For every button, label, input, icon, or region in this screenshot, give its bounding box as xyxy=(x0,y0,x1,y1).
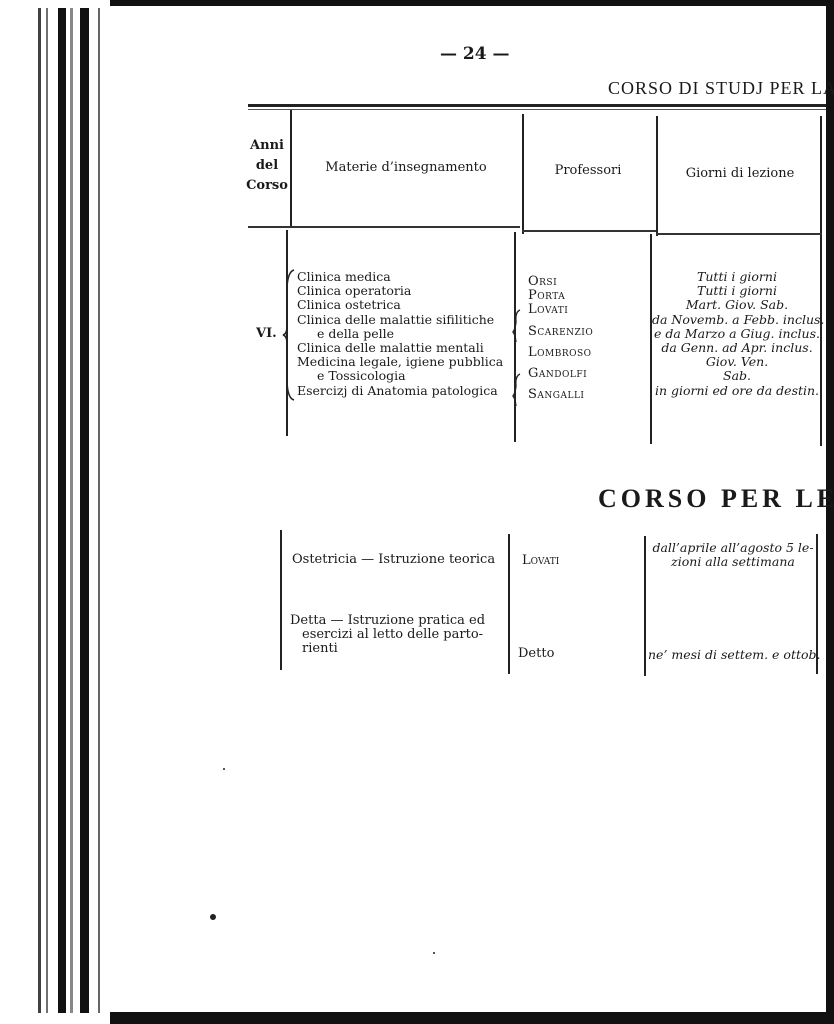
professor-name: Gandolfi xyxy=(528,366,587,381)
column-divider xyxy=(508,534,510,674)
brace-icon xyxy=(512,308,522,408)
column-divider xyxy=(280,530,282,670)
professor-name: Lovati xyxy=(528,302,568,317)
subject-item-continuation: e della pelle xyxy=(297,327,503,341)
lecture-days-item: Mart. Giov. Sab. xyxy=(652,298,822,312)
course-professor: Detto xyxy=(518,647,554,661)
lecture-days-item: da Novemb. a Febb. inclus. xyxy=(652,313,822,327)
lecture-days-item: Tutti i giorni xyxy=(652,284,822,298)
course-days: dall’aprile all’agosto 5 le- zioni alla … xyxy=(648,541,818,569)
professor-name: Scarenzio xyxy=(528,324,593,339)
professor-name: Lombroso xyxy=(528,345,592,360)
course-professor: Lovati xyxy=(522,554,559,568)
subject-item: Clinica medica xyxy=(297,270,503,284)
course-days-line: dall’aprile all’agosto 5 le- xyxy=(648,541,818,555)
header-rule xyxy=(248,104,826,107)
page-edge xyxy=(98,8,100,1013)
course-days-line: zioni alla settimana xyxy=(648,555,818,569)
subjects-list: Clinica medica Clinica operatoria Clinic… xyxy=(297,270,503,398)
header-professori: Professori xyxy=(524,161,652,181)
course-subject-line: Detta — Istruzione pratica ed xyxy=(290,614,485,628)
lecture-days-item: Tutti i giorni xyxy=(652,270,822,284)
section-title: CORSO PER LE xyxy=(598,484,834,514)
subject-item: Clinica delle malattie sifilitiche xyxy=(297,313,503,327)
ink-speck xyxy=(210,914,216,920)
binding-shadow xyxy=(46,8,48,1013)
brace-icon xyxy=(282,268,296,402)
header-anni-line: Corso xyxy=(246,176,288,196)
header-anni-line: Anni xyxy=(246,136,288,156)
running-head: CORSO DI STUDJ PER LA xyxy=(608,78,834,99)
subject-item: Esercizj di Anatomia patologica xyxy=(297,384,503,398)
column-divider xyxy=(290,110,292,228)
year-label: VI. xyxy=(256,326,277,341)
subject-item: Medicina legale, igiene pubblica xyxy=(297,355,503,369)
scan-bottom-border xyxy=(40,1012,834,1024)
course-days: ne’ mesi di settem. e ottob. xyxy=(648,648,821,662)
book-gutter xyxy=(0,0,110,1024)
professor-name: Sangalli xyxy=(528,387,584,402)
professor-name: Porta xyxy=(528,288,565,303)
page-number: — 24 — xyxy=(440,44,510,64)
binding-shadow xyxy=(70,8,73,1013)
header-bottom-rule xyxy=(248,226,520,228)
header-bottom-rule xyxy=(522,230,656,232)
professor-name: Orsi xyxy=(528,274,557,289)
header-bottom-rule xyxy=(656,233,822,235)
ink-speck xyxy=(433,952,435,954)
header-rule-thin xyxy=(248,109,826,110)
lecture-days-item: da Genn. ad Apr. inclus. xyxy=(652,341,822,355)
course-subject-line: esercizi al letto delle parto- xyxy=(290,628,485,642)
course-subject-line: rienti xyxy=(290,642,485,656)
ink-speck xyxy=(223,768,225,770)
binding-shadow xyxy=(58,8,66,1013)
subject-item: Clinica delle malattie mentali xyxy=(297,341,503,355)
lecture-days-item: in giorni ed ore da destin. xyxy=(652,384,822,398)
header-anni-line: del xyxy=(246,156,288,176)
lecture-days-list: Tutti i giorni Tutti i giorni Mart. Giov… xyxy=(652,270,822,398)
binding-shadow xyxy=(38,8,41,1013)
header-anni-del-corso: Anni del Corso xyxy=(246,136,288,196)
subject-item-continuation: e Tossicologia xyxy=(297,369,503,383)
column-divider xyxy=(644,536,646,676)
course-subject: Detta — Istruzione pratica ed esercizi a… xyxy=(290,614,485,656)
binding-shadow xyxy=(80,8,89,1013)
subject-item: Clinica ostetrica xyxy=(297,298,503,312)
course-subject: Ostetricia — Istruzione teorica xyxy=(292,553,495,567)
scan-top-border xyxy=(0,0,834,6)
lecture-days-item: Giov. Ven. xyxy=(652,355,822,369)
lecture-days-item: e da Marzo a Giug. inclus. xyxy=(652,327,822,341)
lecture-days-item: Sab. xyxy=(652,369,822,383)
header-materie: Materie d’insegnamento xyxy=(300,158,512,178)
header-giorni: Giorni di lezione xyxy=(660,164,820,184)
subject-item: Clinica operatoria xyxy=(297,284,503,298)
column-divider xyxy=(656,116,658,236)
